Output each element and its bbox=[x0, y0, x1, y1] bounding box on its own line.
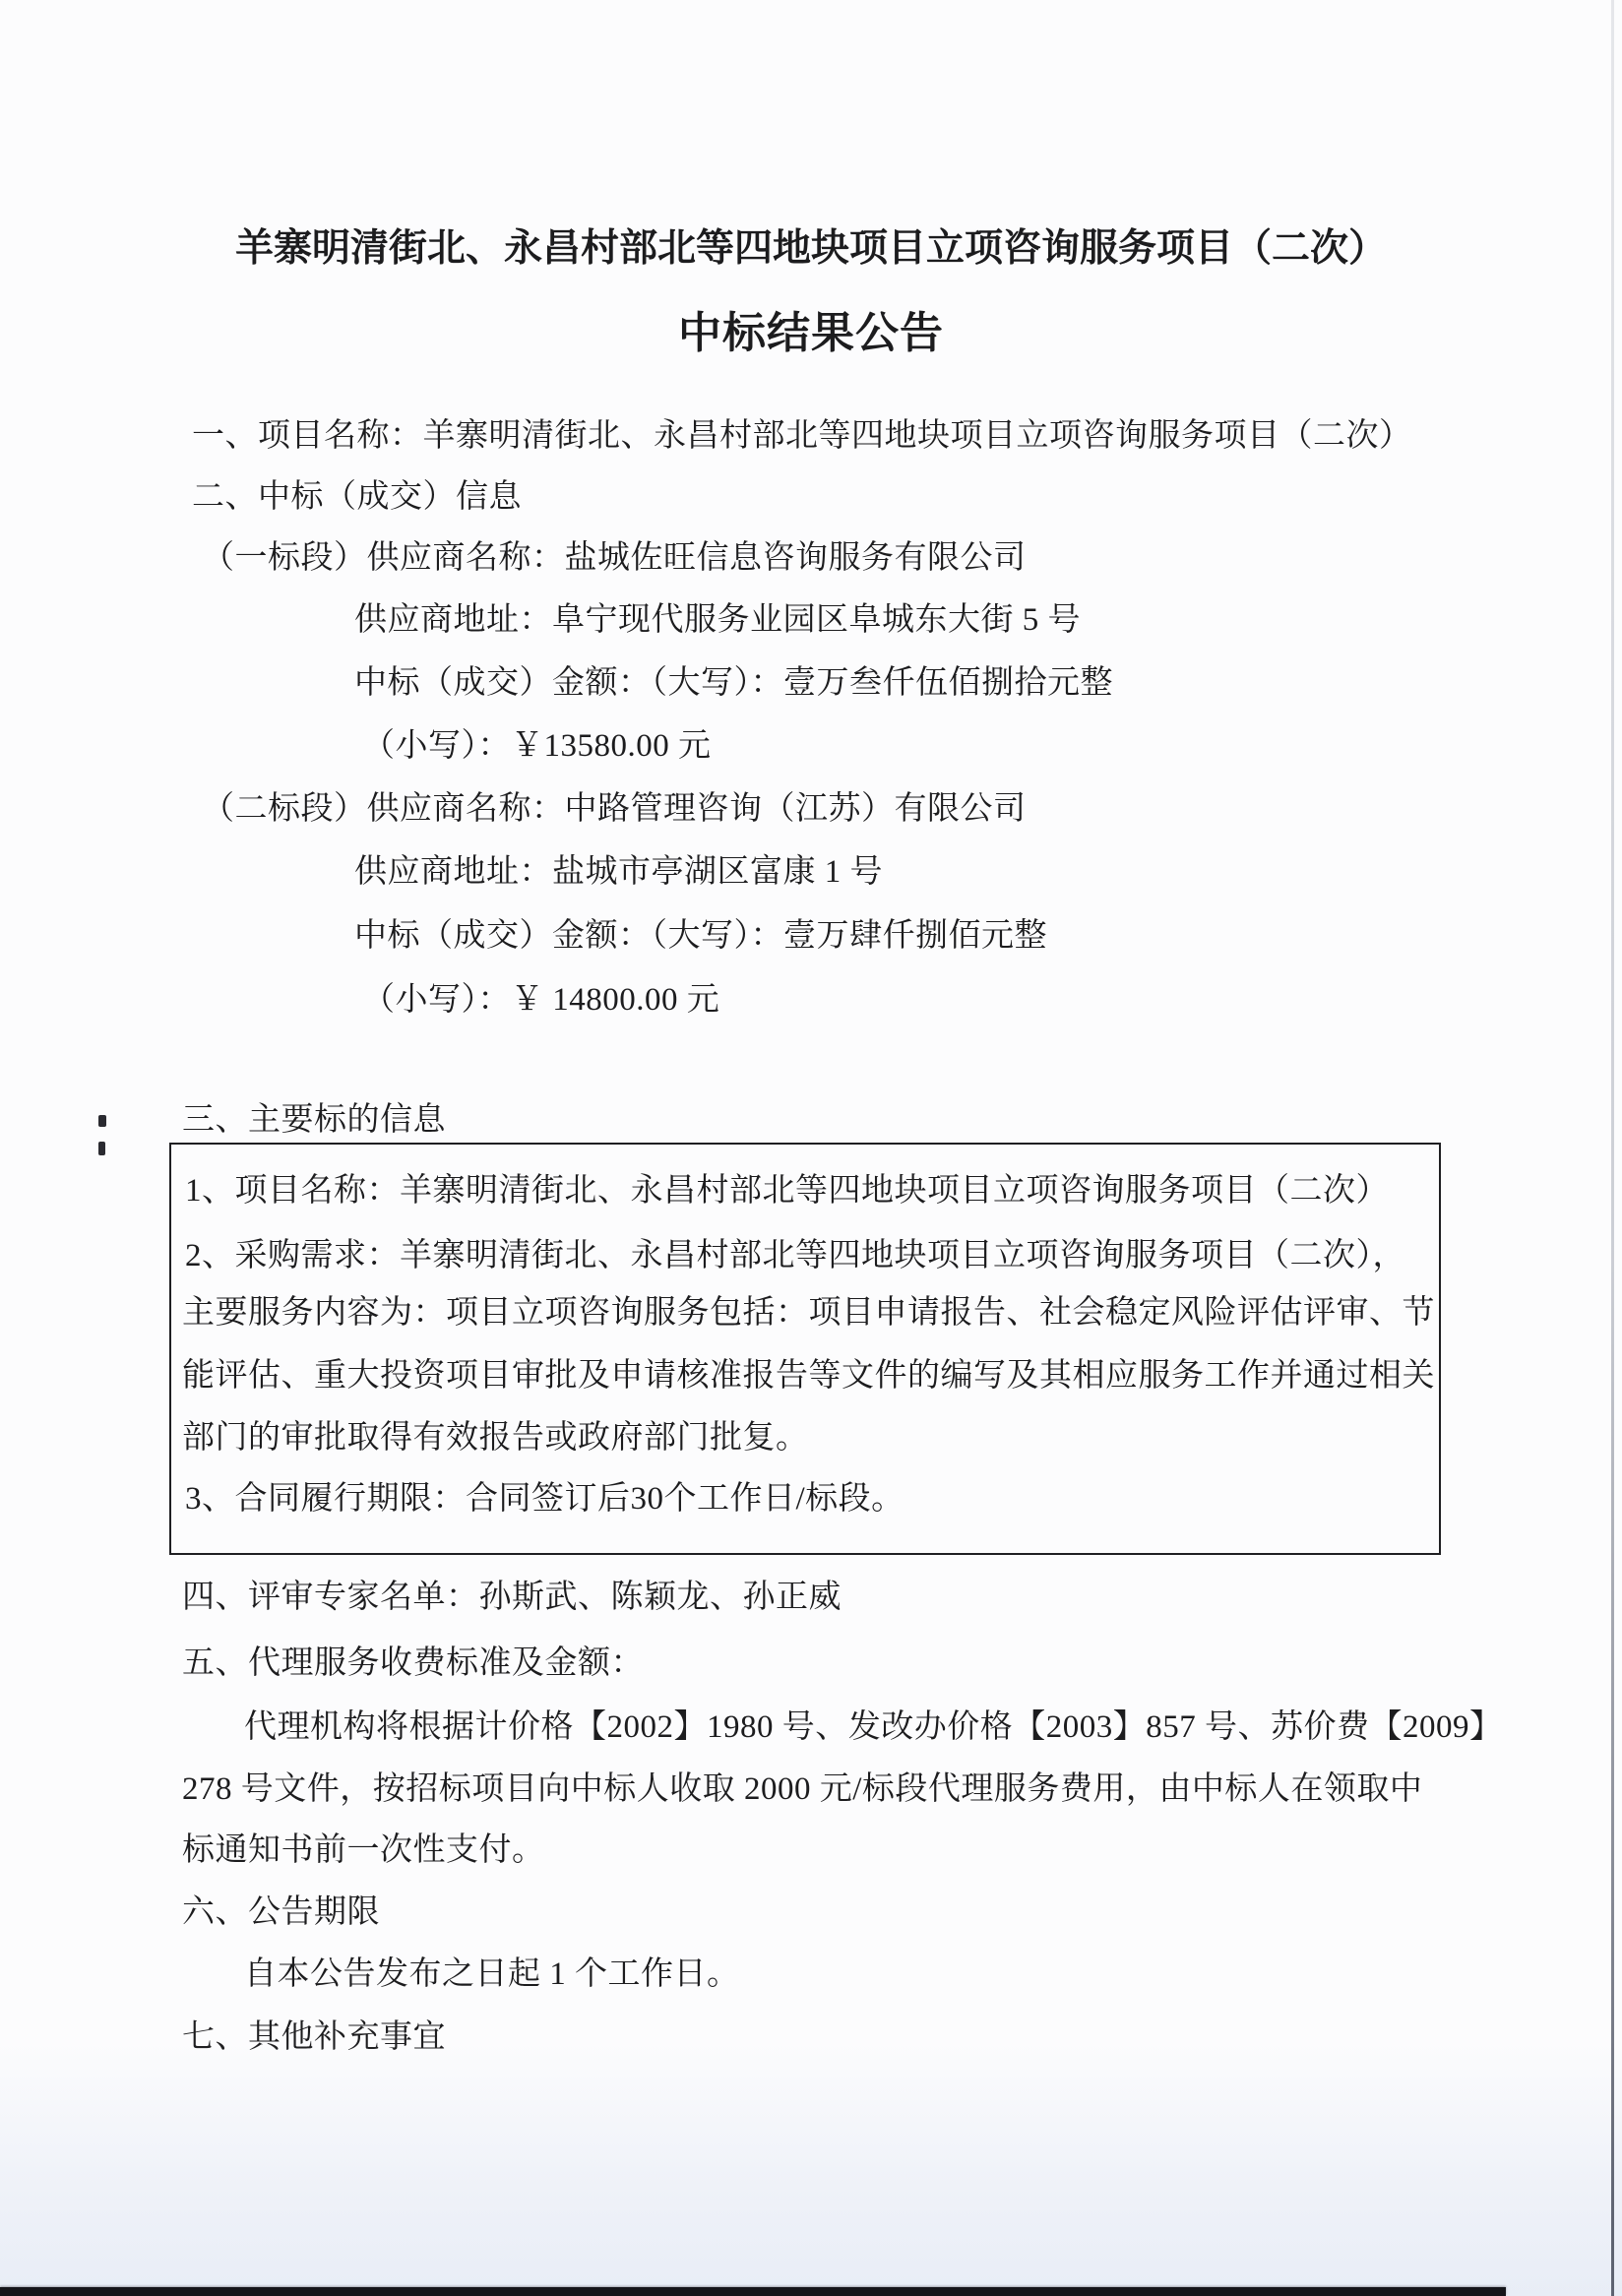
page-title: 羊寨明清街北、永昌村部北等四地块项目立项咨询服务项目（二次） bbox=[0, 217, 1622, 273]
scan-bottom-tint bbox=[0, 2040, 1622, 2296]
lot1-award-amount-figures: （小写）：￥13580.00 元 bbox=[362, 728, 712, 764]
section2-award-info-heading: 二、中标（成交）信息 bbox=[192, 479, 522, 515]
scan-bottom-strip bbox=[0, 2287, 1506, 2296]
lot1-supplier-address: 供应商地址：阜宁现代服务业园区阜城东大街 5 号 bbox=[354, 602, 1081, 638]
scan-speckle bbox=[98, 1142, 105, 1155]
box-line-contract-period: 3、合同履行期限：合同签订后30个工作日/标段。 bbox=[185, 1481, 905, 1517]
page-subtitle: 中标结果公告 bbox=[0, 297, 1622, 360]
lot1-award-amount-words: 中标（成交）金额：（大写）：壹万叁仟伍佰捌拾元整 bbox=[354, 665, 1113, 701]
section6-announcement-period-heading: 六、公告期限 bbox=[182, 1894, 380, 1930]
announcement-period-text: 自本公告发布之日起 1 个工作日。 bbox=[244, 1956, 740, 1992]
lot2-supplier-address: 供应商地址：盐城市亭湖区富康 1 号 bbox=[354, 854, 883, 890]
lot2-award-amount-figures: （小写）：￥ 14800.00 元 bbox=[362, 982, 719, 1018]
section1-project-name: 一、项目名称：羊寨明清街北、永昌村部北等四地块项目立项咨询服务项目（二次） bbox=[192, 418, 1412, 454]
section7-other-matters-heading: 七、其他补充事宜 bbox=[182, 2019, 446, 2055]
box-line-procurement-demand: 2、采购需求：羊寨明清街北、永昌村部北等四地块项目立项咨询服务项目（二次）， bbox=[185, 1238, 1405, 1273]
agency-fee-para-1: 代理机构将根据计价格【2002】1980 号、发改办价格【2003】857 号、… bbox=[244, 1709, 1503, 1745]
section4-experts-list: 四、评审专家名单：孙斯武、陈颖龙、孙正威 bbox=[182, 1580, 842, 1615]
lot1-supplier-name: （一标段）供应商名称：盐城佐旺信息咨询服务有限公司 bbox=[202, 540, 1027, 576]
agency-fee-para-2: 278 号文件，按招标项目向中标人收取 2000 元/标段代理服务费用，由中标人… bbox=[182, 1771, 1422, 1807]
section3-subject-info-heading: 三、主要标的信息 bbox=[182, 1102, 446, 1138]
agency-fee-para-3: 标通知书前一次性支付。 bbox=[182, 1832, 545, 1868]
document-page: 羊寨明清街北、永昌村部北等四地块项目立项咨询服务项目（二次） 中标结果公告 一、… bbox=[0, 0, 1622, 2296]
lot2-award-amount-words: 中标（成交）金额：（大写）：壹万肆仟捌佰元整 bbox=[354, 918, 1047, 954]
scan-right-edge-line bbox=[1611, 0, 1614, 2296]
box-line-service-content-1: 主要服务内容为：项目立项咨询服务包括：项目申请报告、社会稳定风险评估评审、节 bbox=[182, 1295, 1435, 1331]
scan-speckle bbox=[98, 1115, 106, 1127]
section5-agency-fee-heading: 五、代理服务收费标准及金额： bbox=[182, 1645, 644, 1681]
lot2-supplier-name: （二标段）供应商名称：中路管理咨询（江苏）有限公司 bbox=[202, 791, 1027, 827]
box-line-project-name: 1、项目名称：羊寨明清街北、永昌村部北等四地块项目立项咨询服务项目（二次） bbox=[185, 1173, 1389, 1209]
box-line-service-content-3: 部门的审批取得有效报告或政府部门批复。 bbox=[182, 1420, 809, 1456]
box-line-service-content-2: 能评估、重大投资项目审批及申请核准报告等文件的编写及其相应服务工作并通过相关 bbox=[182, 1358, 1435, 1394]
